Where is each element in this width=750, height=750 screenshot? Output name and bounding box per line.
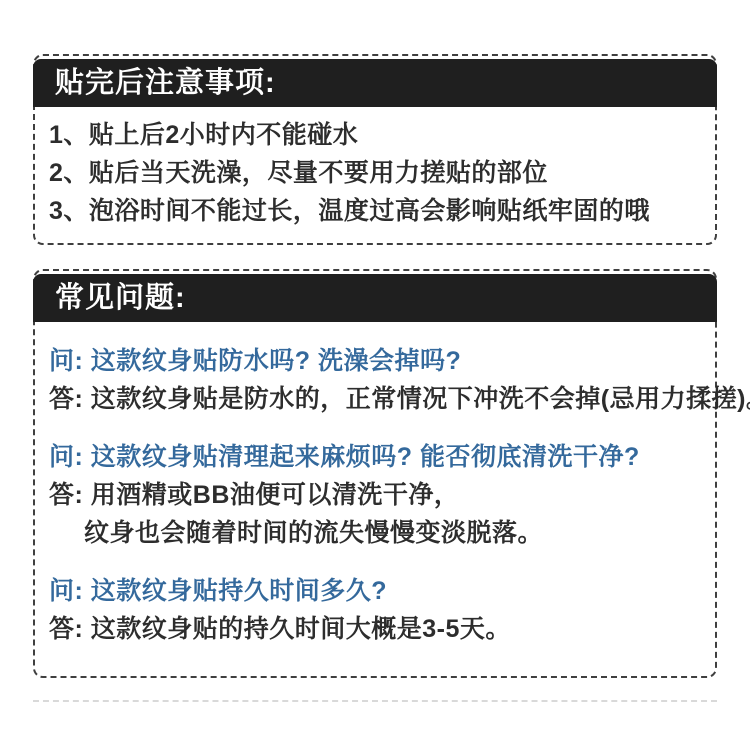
aftercare-notice-list: 1、贴上后2小时内不能碰水 2、贴后当天洗澡，尽量不要用力搓贴的部位 3、泡浴时… bbox=[35, 107, 715, 243]
question-text: 问: 这款纹身贴防水吗? 洗澡会掉吗? bbox=[49, 342, 699, 380]
faq-section-title: 常见问题: bbox=[33, 274, 717, 322]
tattoo-sticker-info-page: 贴完后注意事项: 1、贴上后2小时内不能碰水 2、贴后当天洗澡，尽量不要用力搓贴… bbox=[0, 0, 750, 750]
aftercare-section-title: 贴完后注意事项: bbox=[33, 59, 717, 107]
qa-pair-cleaning: 问: 这款纹身贴清理起来麻烦吗? 能否彻底清洗干净? 答: 用酒精或BB油便可以… bbox=[49, 438, 699, 552]
answer-text: 答: 这款纹身贴的持久时间大概是3-5天。 bbox=[49, 610, 699, 648]
aftercare-notice-section: 贴完后注意事项: 1、贴上后2小时内不能碰水 2、贴后当天洗澡，尽量不要用力搓贴… bbox=[33, 54, 717, 245]
notice-item-3: 3、泡浴时间不能过长，温度过高会影响贴纸牢固的哦 bbox=[49, 192, 699, 230]
answer-text: 答: 用酒精或BB油便可以清洗干净， bbox=[49, 476, 699, 514]
notice-item-1: 1、贴上后2小时内不能碰水 bbox=[49, 116, 699, 154]
answer-text-continued: 纹身也会随着时间的流失慢慢变淡脱落。 bbox=[49, 514, 699, 552]
notice-item-2: 2、贴后当天洗澡，尽量不要用力搓贴的部位 bbox=[49, 154, 699, 192]
question-text: 问: 这款纹身贴持久时间多久? bbox=[49, 572, 699, 610]
bottom-page-divider bbox=[33, 700, 717, 702]
qa-pair-waterproof: 问: 这款纹身贴防水吗? 洗澡会掉吗? 答: 这款纹身贴是防水的，正常情况下冲洗… bbox=[49, 342, 699, 418]
faq-section: 常见问题: 问: 这款纹身贴防水吗? 洗澡会掉吗? 答: 这款纹身贴是防水的，正… bbox=[33, 269, 717, 678]
faq-list: 问: 这款纹身贴防水吗? 洗澡会掉吗? 答: 这款纹身贴是防水的，正常情况下冲洗… bbox=[35, 322, 715, 676]
answer-text: 答: 这款纹身贴是防水的，正常情况下冲洗不会掉(忌用力揉搓)。 bbox=[49, 380, 699, 418]
question-text: 问: 这款纹身贴清理起来麻烦吗? 能否彻底清洗干净? bbox=[49, 438, 699, 476]
qa-pair-duration: 问: 这款纹身贴持久时间多久? 答: 这款纹身贴的持久时间大概是3-5天。 bbox=[49, 572, 699, 648]
